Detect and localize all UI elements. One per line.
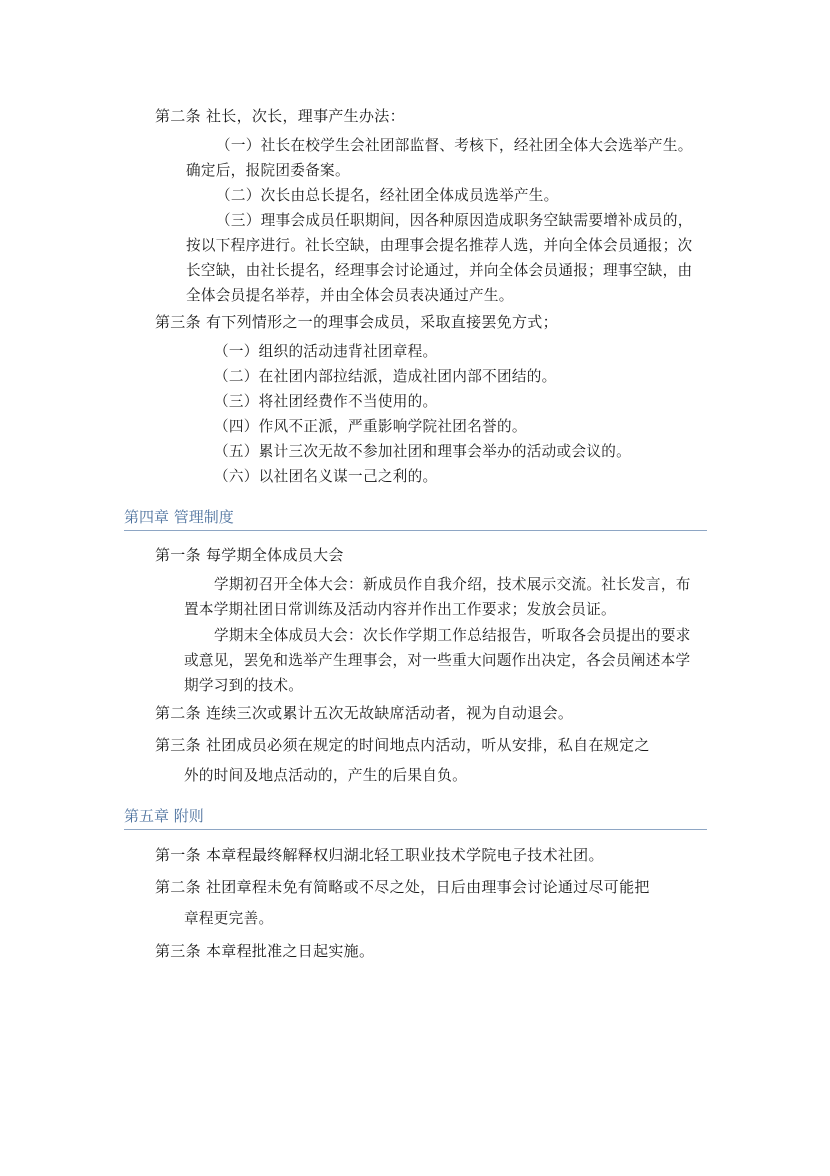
article-2-item-3-line-3: 长空缺，由社长提名，经理事会讨论通过，并向全体会员通报；理事空缺，由 <box>186 261 692 281</box>
article-2-item-1-line-1: （一）社长在校学生会社团部监督、考核下，经社团全体大会选举产生。 <box>216 136 693 156</box>
chapter-5-article-2-line-2: 章程更完善。 <box>184 909 273 929</box>
article-3-item-6: （六）以社团名义谋一己之利的。 <box>214 467 437 487</box>
chapter-4-article-1-p1-line-2: 置本学期社团日常训练及活动内容并作出工作要求；发放会员证。 <box>184 600 616 620</box>
chapter-4-article-1-title: 第一条 每学期全体成员大会 <box>155 545 344 565</box>
chapter-5-article-3: 第三条 本章程批准之日起实施。 <box>155 941 374 961</box>
chapter-5-article-2-line-1: 第二条 社团章程未免有简略或不尽之处，日后由理事会讨论通过尽可能把 <box>155 877 650 897</box>
chapter-4-article-1-p2-line-2: 或意见，罢免和选举产生理事会，对一些重大问题作出决定，各会员阐述本学 <box>184 651 690 671</box>
article-3-item-5: （五）累计三次无故不参加社团和理事会举办的活动或会议的。 <box>214 442 631 462</box>
article-3-item-4: （四）作风不正派，严重影响学院社团名誉的。 <box>214 417 527 437</box>
article-2-item-3-line-4: 全体会员提名举荐，并由全体会员表决通过产生。 <box>186 286 514 306</box>
article-2-title: 第二条 社长，次长，理事产生办法： <box>155 106 405 126</box>
article-2-item-3-line-2: 按以下程序进行。社长空缺，由理事会提名推荐人选，并向全体会员通报；次 <box>186 236 692 256</box>
chapter-4-article-3-line-1: 第三条 社团成员必须在规定的时间地点内活动，听从安排，私自在规定之 <box>155 735 650 755</box>
article-2-item-1-line-2: 确定后，报院团委备案。 <box>186 161 350 181</box>
chapter-5-heading: 第五章 附则 <box>124 806 707 830</box>
article-3-item-2: （二）在社团内部拉结派，造成社团内部不团结的。 <box>214 367 557 387</box>
chapter-4-article-1-p1-line-1: 学期初召开全体大会：新成员作自我介绍，技术展示交流。社长发言，布 <box>214 575 691 595</box>
article-2-item-2: （二）次长由总长提名，经社团全体成员选举产生。 <box>216 186 559 206</box>
chapter-4-article-1-p2-line-1: 学期末全体成员大会：次长作学期工作总结报告，听取各会员提出的要求 <box>214 626 691 646</box>
chapter-4-article-2: 第二条 连续三次或累计五次无故缺席活动者，视为自动退会。 <box>155 703 573 723</box>
chapter-4-heading: 第四章 管理制度 <box>124 507 707 531</box>
chapter-5-article-1: 第一条 本章程最终解释权归湖北轻工职业技术学院电子技术社团。 <box>155 845 604 865</box>
article-3-item-1: （一）组织的活动违背社团章程。 <box>214 342 437 362</box>
chapter-4-article-1-p2-line-3: 期学习到的技术。 <box>184 676 303 696</box>
article-3-title: 第三条 有下列情形之一的理事会成员，采取直接罢免方式； <box>155 312 558 332</box>
article-3-item-3: （三）将社团经费作不当使用的。 <box>214 392 437 412</box>
article-2-item-3-line-1: （三）理事会成员任职期间，因各种原因造成职务空缺需要增补成员的， <box>216 211 693 231</box>
chapter-4-article-3-line-2: 外的时间及地点活动的，产生的后果自负。 <box>184 766 467 786</box>
document-page: 第二条 社长，次长，理事产生办法： （一）社长在校学生会社团部监督、考核下，经社… <box>0 0 830 1176</box>
